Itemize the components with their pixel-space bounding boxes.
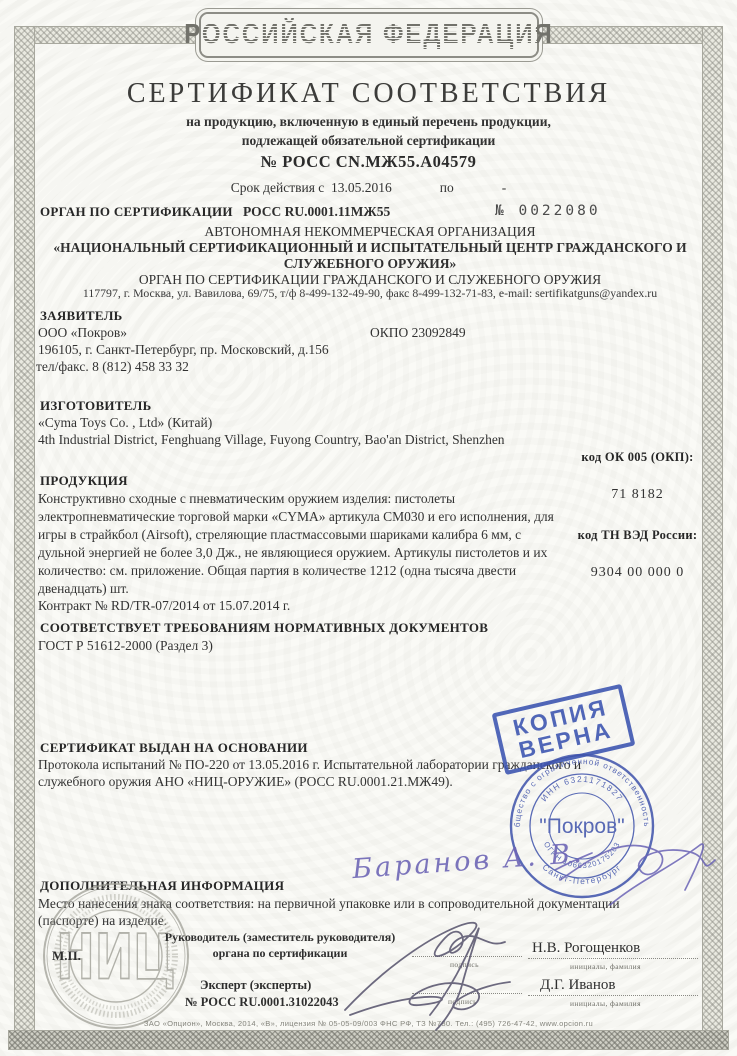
tnved-code-block: код ТН ВЭД России: 9304 00 000 0	[555, 528, 720, 581]
basis-label: СЕРТИФИКАТ ВЫДАН НА ОСНОВАНИИ	[40, 740, 308, 756]
manufacturer-name: «Cyma Toys Co. , Ltd» (Китай)	[38, 415, 212, 431]
head-signature-line	[412, 956, 522, 957]
head-name-caption: инициалы, фамилия	[570, 962, 641, 971]
head-sign-caption: подпись	[450, 960, 479, 969]
applicant-name: ООО «Покров»	[38, 325, 127, 341]
manufacturer-address: 4th Industrial District, Fenghuang Villa…	[38, 432, 505, 448]
manufacturer-label: ИЗГОТОВИТЕЛЬ	[40, 398, 151, 414]
head-role-line1: Руководитель (заместитель руководителя)	[155, 930, 405, 945]
mp-mark: М.П.	[52, 948, 81, 964]
certificate-number: № РОСС CN.МЖ55.А04579	[0, 152, 737, 172]
certification-body-code: РОСС RU.0001.11МЖ55	[243, 204, 390, 219]
print-shop-line: ЗАО «Опцион», Москва, 2014, «В», лицензи…	[0, 1019, 737, 1028]
head-name: Н.В. Рогощенков	[532, 940, 640, 957]
expert-number: № РОСС RU.0001.31022043	[185, 995, 339, 1010]
okp-code-block: код ОК 005 (ОКП): 71 8182	[555, 450, 720, 503]
expert-name: Д.Г. Иванов	[540, 977, 615, 994]
expert-role: Эксперт (эксперты)	[200, 978, 311, 993]
certification-body-row: ОРГАН ПО СЕРТИФИКАЦИИ РОСС RU.0001.11МЖ5…	[40, 204, 700, 220]
product-description: Конструктивно сходные с пневматическим о…	[38, 490, 558, 598]
federation-banner: РОССИЙСКАЯ ФЕДЕРАЦИЯ	[199, 12, 539, 58]
compliance-label: СООТВЕТСТВУЕТ ТРЕБОВАНИЯМ НОРМАТИВНЫХ ДО…	[40, 620, 488, 636]
federation-banner-text: РОССИЙСКАЯ ФЕДЕРАЦИЯ	[184, 19, 554, 51]
validity-label: Срок действия с	[231, 180, 325, 195]
stamp-inner-top-text: ИНН 6321171827	[539, 774, 626, 803]
product-label: ПРОДУКЦИЯ	[40, 473, 128, 489]
stamp-center-text: "Покров"	[539, 815, 624, 838]
product-contract: Контракт № RD/TR-07/2014 от 15.07.2014 г…	[38, 598, 290, 614]
compliance-value: ГОСТ Р 51612-2000 (Раздел 3)	[38, 638, 213, 654]
okp-label: код ОК 005 (ОКП):	[555, 450, 720, 465]
validity-to-label: по	[440, 180, 454, 195]
head-name-line	[528, 958, 698, 959]
tnved-label: код ТН ВЭД России:	[555, 528, 720, 543]
head-role-line2: органа по сертификации	[155, 946, 405, 961]
okp-value: 71 8182	[555, 487, 720, 503]
org-line2: «НАЦИОНАЛЬНЫЙ СЕРТИФИКАЦИОННЫЙ И ИСПЫТАТ…	[40, 240, 700, 256]
validity-line: Срок действия с 13.05.2016по-	[0, 180, 737, 196]
page-title: СЕРТИФИКАТ СООТВЕТСТВИЯ	[0, 78, 737, 110]
blank-serial-number: № 0022080	[495, 203, 601, 219]
basis-line2: служебного оружия АНО «НИЦ-ОРУЖИЕ» (РОСС…	[38, 774, 453, 790]
expert-name-caption: инициалы, фамилия	[570, 999, 641, 1008]
org-address: 117797, г. Москва, ул. Вавилова, 69/75, …	[30, 286, 710, 301]
validity-to: -	[502, 180, 507, 195]
tnved-value: 9304 00 000 0	[555, 565, 720, 581]
pokrov-round-stamp: Общество с ограниченной ответственностью…	[492, 742, 672, 910]
subtitle-line2: подлежащей обязательной сертификации	[0, 133, 737, 149]
applicant-phone: тел/факс. 8 (812) 458 33 32	[36, 359, 189, 375]
certification-body-label: ОРГАН ПО СЕРТИФИКАЦИИ	[40, 204, 233, 219]
applicant-okpo: ОКПО 23092849	[370, 325, 466, 341]
subtitle-line1: на продукцию, включенную в единый перече…	[0, 114, 737, 130]
svg-text:ИНН 6321171827: ИНН 6321171827	[539, 774, 626, 803]
org-line3: СЛУЖЕБНОГО ОРУЖИЯ»	[40, 256, 700, 272]
applicant-address: 196105, г. Санкт-Петербург, пр. Московск…	[38, 342, 329, 358]
validity-from: 13.05.2016	[331, 180, 392, 195]
certificate-page: РОССИЙСКАЯ ФЕДЕРАЦИЯ СЕРТИФИКАТ СООТВЕТС…	[0, 0, 737, 1056]
expert-signature-line	[412, 993, 522, 994]
expert-sign-caption: подпись	[448, 997, 477, 1006]
expert-name-line	[528, 995, 698, 996]
applicant-label: ЗАЯВИТЕЛЬ	[40, 308, 123, 324]
org-line1: АВТОНОМНАЯ НЕКОММЕРЧЕСКАЯ ОРГАНИЗАЦИЯ	[40, 224, 700, 240]
